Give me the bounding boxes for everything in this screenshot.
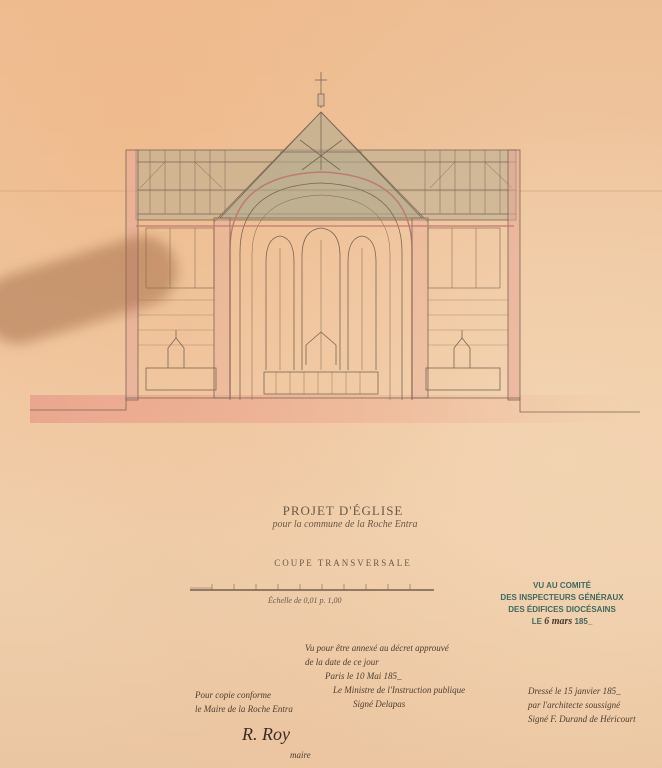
cross-icon [315, 72, 327, 108]
drawing-subtitle: pour la commune de la Roche Entra [0, 519, 662, 530]
stamp-line-1: VU AU COMITÉ [492, 580, 632, 592]
stamp-line-2: DES INSPECTEURS GÉNÉRAUX [492, 592, 632, 604]
signature-note: maire [290, 750, 311, 760]
architect-annotation: Dressé le 15 janvier 185_ par l'architec… [528, 684, 636, 726]
stamp-line-3: DES ÉDIFICES DIOCÉSAINS [492, 604, 632, 616]
section-label: COUPE TRANSVERSALE [0, 558, 662, 568]
stamp-date: LE 6 mars 185_ [492, 616, 632, 628]
mayor-annotation: Pour copie conforme le Maire de la Roche… [195, 688, 293, 716]
mayor-signature: R. Roy [242, 724, 290, 745]
drawing-title: PROJET D'ÉGLISE [0, 503, 662, 519]
committee-stamp: VU AU COMITÉ DES INSPECTEURS GÉNÉRAUX DE… [492, 580, 632, 628]
scale-label: Échelle de 0,01 p. 1,00 [268, 596, 342, 605]
approval-annotation: Vu pour être annexé au décret approuvé d… [305, 641, 465, 711]
